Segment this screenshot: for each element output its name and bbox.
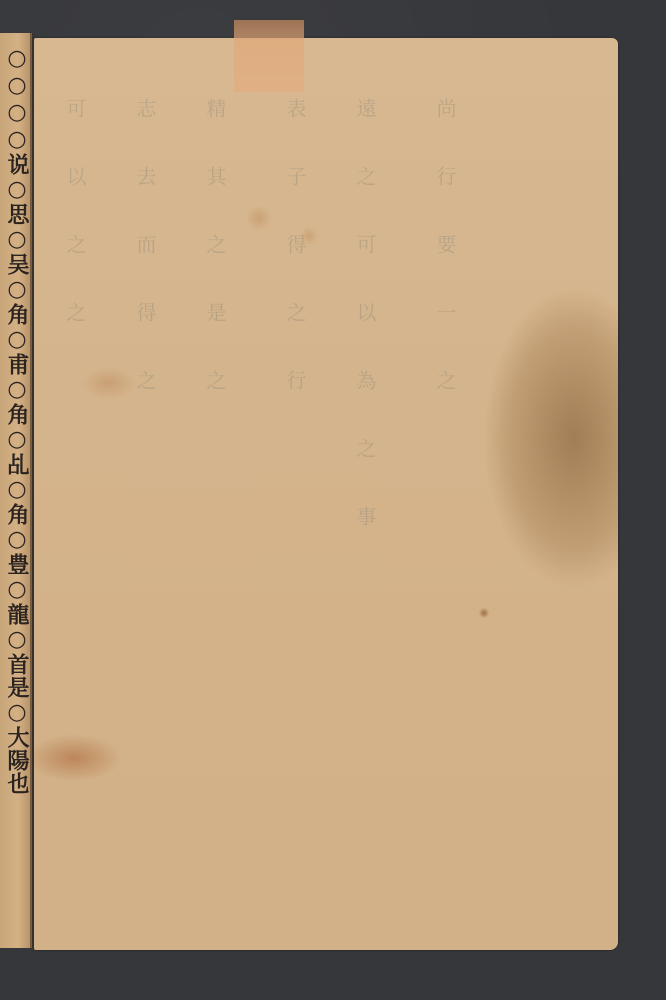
collector-seal — [234, 20, 304, 92]
bleed-through-column: 精 其 之 是 之 — [204, 98, 226, 404]
bleed-through-column: 志 去 而 得 之 — [134, 98, 156, 404]
bleed-through-column: 表 子 得 之 行 — [284, 98, 306, 404]
book-page: 尚 行 要 一 之 遠 之 可 以 為 之 事 表 子 得 之 行 精 其 之 … — [34, 38, 618, 950]
bleed-through-column: 遠 之 可 以 為 之 事 — [354, 98, 376, 540]
adjacent-page-margin: ○○○○说○思○吴○角○甫○角○乩○角○豊○龍○首是○大陽也 — [0, 33, 32, 948]
bleed-through-column: 尚 行 要 一 之 — [434, 98, 456, 404]
bleed-through-column: 可 以 之 之 — [64, 98, 86, 336]
handwritten-margin-text: ○○○○说○思○吴○角○甫○角○乩○角○豊○龍○首是○大陽也 — [2, 45, 30, 795]
